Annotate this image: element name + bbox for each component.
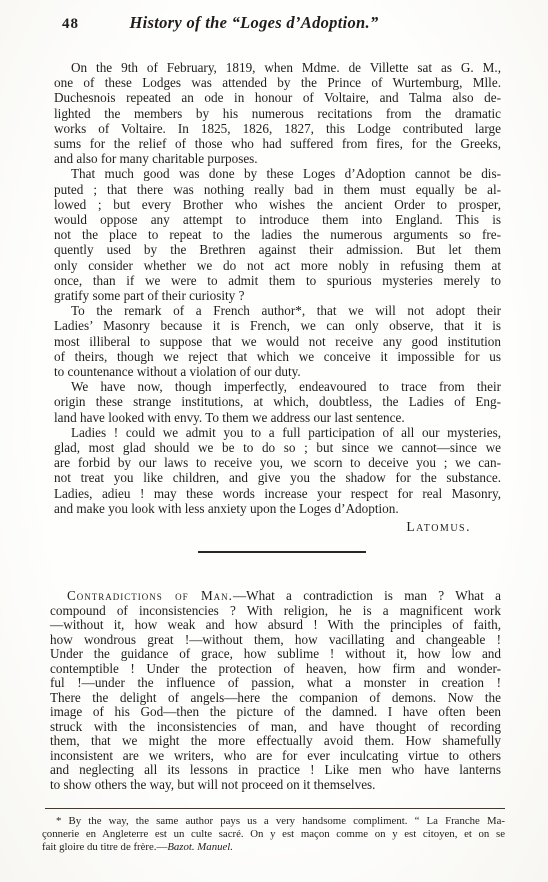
text-line: to countenance without a violation of ou…	[54, 364, 501, 379]
text-segment: image of his God—then the picture of the…	[50, 704, 501, 719]
signature: Latomus.	[54, 519, 501, 535]
text-segment: Ladies’ Masonry because it is French, we…	[54, 318, 501, 333]
text-line: of theirs, though we reject that which w…	[54, 349, 501, 364]
text-line: inconsistent are we writers, who are for…	[50, 749, 501, 764]
text-line: We have now, though imperfectly, endeavo…	[54, 379, 501, 394]
text-segment: and also for many charitable purposes.	[54, 151, 258, 166]
paragraph: Contradictions of Man.—What a contradict…	[50, 589, 501, 792]
text-line: Under the guidance of grace, how sublime…	[50, 647, 501, 662]
text-line: Contradictions of Man.—What a contradict…	[50, 589, 501, 604]
text-line: contemptible ! Under the protection of h…	[50, 662, 501, 677]
paragraph: To the remark of a French author*, that …	[54, 303, 501, 379]
text-line: fait gloire du titre de frère.—Bazot. Ma…	[42, 841, 505, 854]
text-segment: Duchesnois repeated an ode in honour of …	[54, 90, 501, 105]
text-line: one of these Lodges was attended by the …	[54, 75, 501, 90]
text-line: —without it, how weak and how absurd ! W…	[50, 618, 501, 633]
text-line: and make you look with less anxiety upon…	[54, 501, 501, 516]
text-segment: To the remark of a French author*, that …	[71, 303, 501, 318]
text-line: There the delight of angels—here the com…	[50, 691, 501, 706]
paragraph: That much good was done by these Loges d…	[54, 166, 501, 303]
text-segment: would oppose any attempt to introduce th…	[54, 212, 501, 227]
text-segment: of theirs, though we reject that which w…	[54, 349, 501, 364]
text-line: Ladies’ Masonry because it is French, we…	[54, 318, 501, 333]
text-line: That much good was done by these Loges d…	[54, 166, 501, 181]
text-line: To the remark of a French author*, that …	[54, 303, 501, 318]
text-line: only consider whether we do not act more…	[54, 258, 501, 273]
paragraph: On the 9th of February, 1819, when Mdme.…	[54, 60, 501, 166]
text-segment: to show others the way, but will not pro…	[50, 777, 375, 792]
text-segment: On the 9th of February, 1819, when Mdme.…	[71, 60, 501, 75]
text-segment: quently used by the Brethren against the…	[54, 242, 501, 257]
text-segment: fait gloire du titre de frère.—	[42, 841, 167, 853]
text-segment: compound of inconsistencies ? With relig…	[50, 603, 501, 618]
text-segment: * By the way, the same author pays us a …	[56, 815, 505, 827]
main-text: On the 9th of February, 1819, when Mdme.…	[54, 60, 501, 516]
text-segment: Ladies, adieu ! may these words increase…	[54, 486, 501, 501]
text-segment: gratify some part of their curiosity ?	[54, 288, 244, 303]
section-divider-rule	[198, 551, 366, 553]
text-line: land have looked with envy. To them we a…	[54, 410, 501, 425]
text-segment: —What a contradiction is man ? What a	[233, 588, 501, 603]
text-line: are forbid by our laws to receive you, w…	[54, 455, 501, 470]
text-segment: —without it, how weak and how absurd ! W…	[50, 617, 501, 632]
text-line: origin these strange institutions, at wh…	[54, 394, 501, 409]
text-segment: are forbid by our laws to receive you, w…	[54, 455, 501, 470]
italic-text: Bazot. Manuel.	[167, 841, 233, 853]
text-segment: works of Voltaire. In 1825, 1826, 1827, …	[54, 121, 501, 136]
footnote-rule	[45, 808, 505, 809]
signature-row: Latomus.	[54, 516, 501, 535]
text-segment: lighted the members by his numerous reci…	[54, 106, 501, 121]
text-line: to show others the way, but will not pro…	[50, 778, 501, 793]
text-line: compound of inconsistencies ? With relig…	[50, 604, 501, 619]
small-caps-text: Contradictions of Man.	[67, 588, 233, 603]
text-segment: to countenance without a violation of ou…	[54, 364, 301, 379]
text-segment: contemptible ! Under the protection of h…	[50, 661, 501, 676]
text-line: quently used by the Brethren against the…	[54, 242, 501, 257]
text-line: çonnerie en Angleterre est un culte sacr…	[42, 828, 505, 841]
text-segment: them, that we might the more effectually…	[50, 733, 501, 748]
text-line: and neglecting all its lessons in practi…	[50, 763, 501, 778]
paragraph: We have now, though imperfectly, endeavo…	[54, 379, 501, 425]
text-line: Ladies, adieu ! may these words increase…	[54, 486, 501, 501]
text-line: glad, most glad should we be to do so ; …	[54, 440, 501, 455]
text-line: Ladies ! could we admit you to a full pa…	[54, 425, 501, 440]
text-segment: and make you look with less anxiety upon…	[54, 501, 399, 516]
second-section: Contradictions of Man.—What a contradict…	[50, 589, 501, 792]
text-line: works of Voltaire. In 1825, 1826, 1827, …	[54, 121, 501, 136]
text-segment: only consider whether we do not act more…	[54, 258, 501, 273]
text-segment: most illiberal to suppose that we would …	[54, 334, 501, 349]
text-line: struck with the inconsistencies of man, …	[50, 720, 501, 735]
text-segment: struck with the inconsistencies of man, …	[50, 719, 501, 734]
text-segment: and neglecting all its lessons in practi…	[50, 762, 501, 777]
text-segment: We have now, though imperfectly, endeavo…	[71, 379, 501, 394]
text-segment: çonnerie en Angleterre est un culte sacr…	[42, 828, 505, 840]
text-line: image of his God—then the picture of the…	[50, 705, 501, 720]
text-segment: inconsistent are we writers, who are for…	[50, 748, 501, 763]
text-line: not the place to repeat to the ladies th…	[54, 227, 501, 242]
text-line: ful !—under the influence of passion, wh…	[50, 676, 501, 691]
text-line: once, than if we were to admit them to s…	[54, 273, 501, 288]
text-segment: puted ; that there was nothing really ba…	[54, 182, 501, 197]
text-line: lowed ; but every Brother who wishes the…	[54, 197, 501, 212]
text-segment: origin these strange institutions, at wh…	[54, 394, 501, 409]
text-segment: There the delight of angels—here the com…	[50, 690, 501, 705]
text-segment: not treat you like children, and give yo…	[54, 470, 501, 485]
text-line: most illiberal to suppose that we would …	[54, 334, 501, 349]
text-segment: land have looked with envy. To them we a…	[54, 410, 405, 425]
text-segment: not the place to repeat to the ladies th…	[54, 227, 501, 242]
paragraph: * By the way, the same author pays us a …	[42, 815, 505, 855]
text-line: them, that we might the more effectually…	[50, 734, 501, 749]
text-line: Duchesnois repeated an ode in honour of …	[54, 90, 501, 105]
text-line: not treat you like children, and give yo…	[54, 470, 501, 485]
book-page: 48 History of the “Loges d’Adoption.” On…	[0, 0, 548, 882]
text-segment: sums for the relief of those who had suf…	[54, 136, 501, 151]
text-line: puted ; that there was nothing really ba…	[54, 182, 501, 197]
text-segment: once, than if we were to admit them to s…	[54, 273, 501, 288]
paragraph: Ladies ! could we admit you to a full pa…	[54, 425, 501, 516]
text-segment: That much good was done by these Loges d…	[71, 166, 501, 181]
text-segment: how wondrous great !—without them, how v…	[50, 632, 501, 647]
text-line: On the 9th of February, 1819, when Mdme.…	[54, 60, 501, 75]
text-segment: Ladies ! could we admit you to a full pa…	[71, 425, 501, 440]
text-segment: ful !—under the influence of passion, wh…	[50, 675, 501, 690]
page-header: 48 History of the “Loges d’Adoption.”	[0, 13, 548, 37]
text-line: lighted the members by his numerous reci…	[54, 106, 501, 121]
text-line: * By the way, the same author pays us a …	[42, 815, 505, 828]
text-line: would oppose any attempt to introduce th…	[54, 212, 501, 227]
text-line: gratify some part of their curiosity ?	[54, 288, 501, 303]
text-line: and also for many charitable purposes.	[54, 151, 501, 166]
text-line: how wondrous great !—without them, how v…	[50, 633, 501, 648]
text-segment: glad, most glad should we be to do so ; …	[54, 440, 501, 455]
text-segment: lowed ; but every Brother who wishes the…	[54, 197, 501, 212]
running-title: History of the “Loges d’Adoption.”	[0, 13, 508, 33]
text-segment: Under the guidance of grace, how sublime…	[50, 646, 501, 661]
text-segment: one of these Lodges was attended by the …	[54, 75, 501, 90]
text-line: sums for the relief of those who had suf…	[54, 136, 501, 151]
footnote-text: * By the way, the same author pays us a …	[42, 815, 505, 855]
